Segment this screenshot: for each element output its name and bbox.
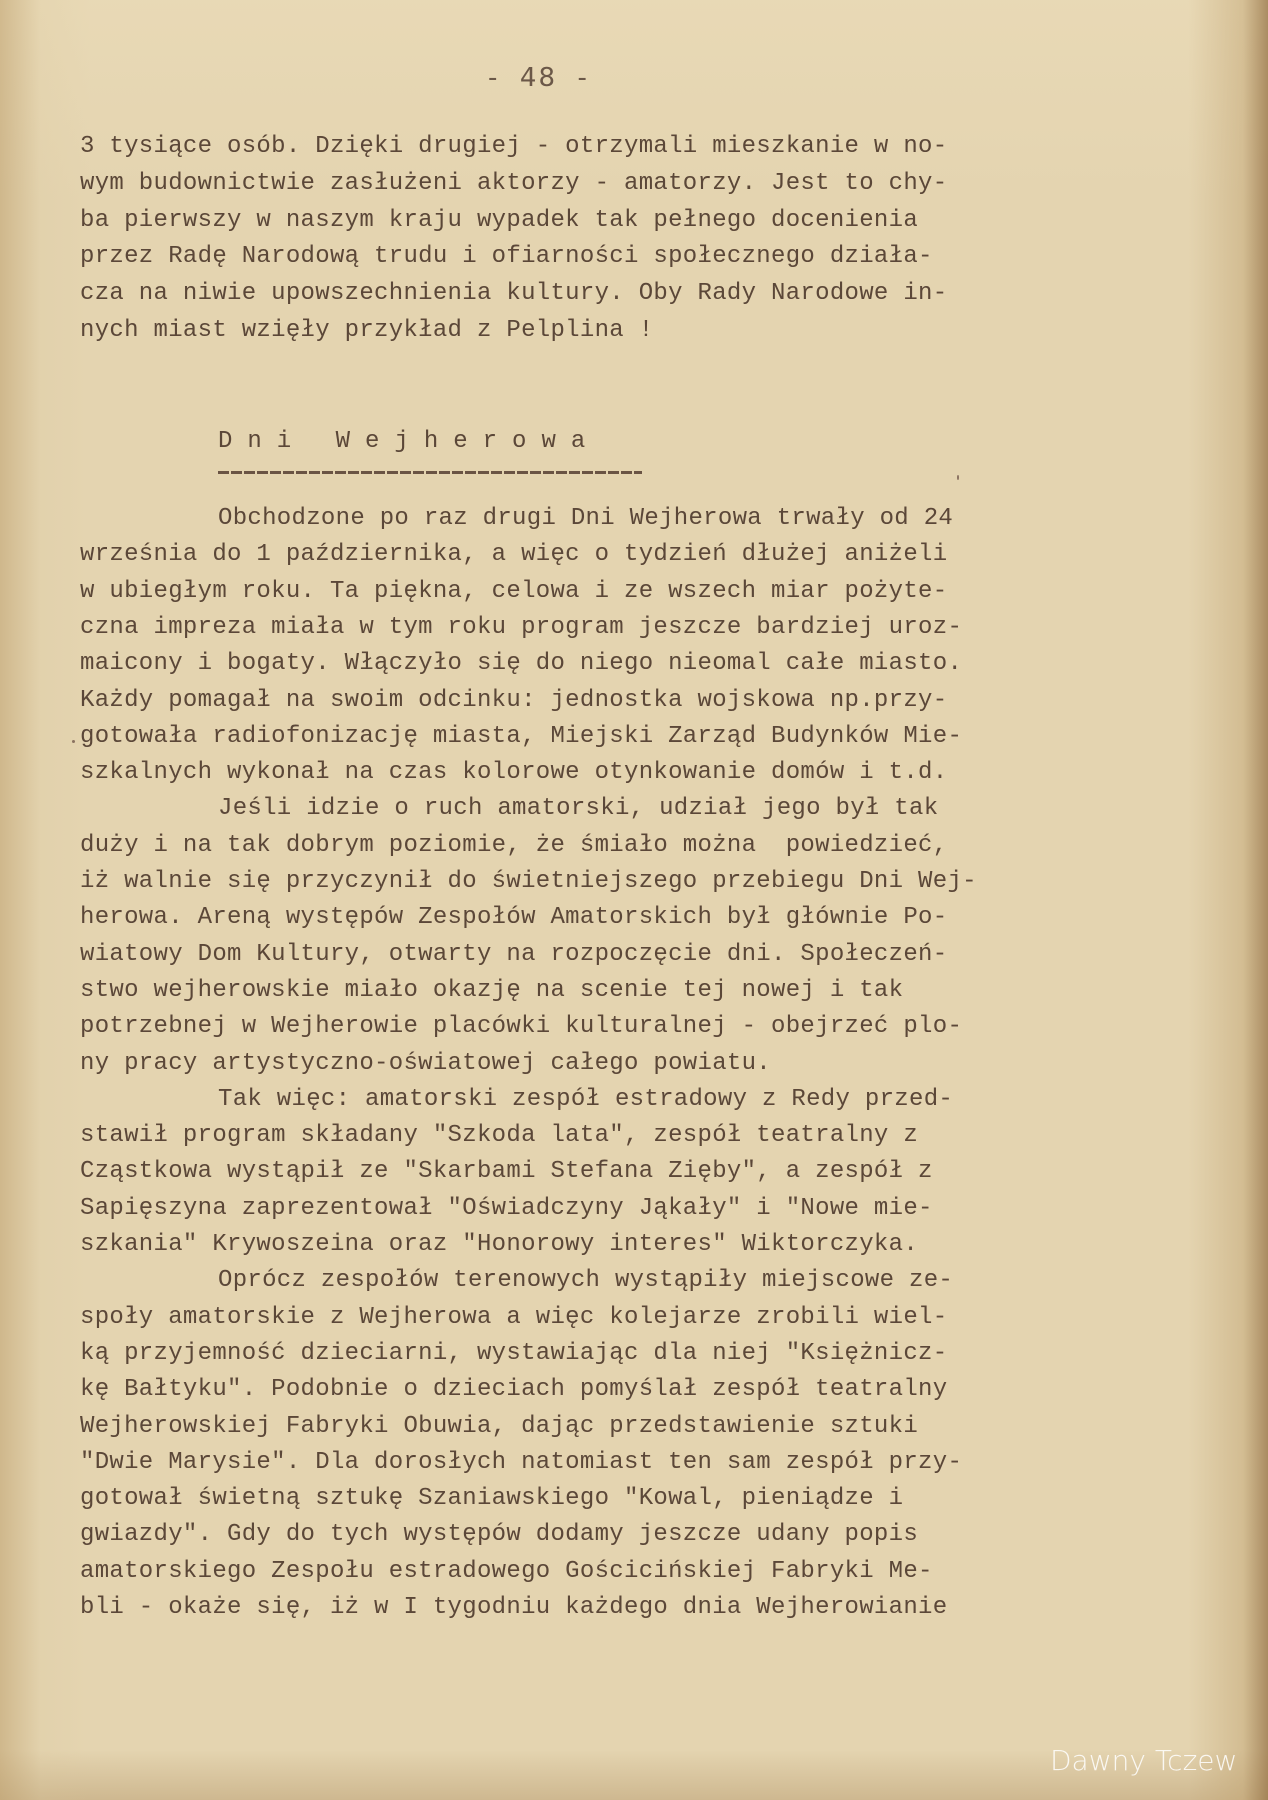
body-line: bli - okaże się, iż w I tygodniu każdego…	[80, 1589, 947, 1626]
body-line: stawił program składany "Szkoda lata", z…	[80, 1117, 918, 1154]
body-line: iż walnie się przyczynił do świetniejsze…	[80, 863, 977, 900]
body-line: potrzebnej w Wejherowie placówki kultura…	[80, 1008, 962, 1045]
ink-speck	[957, 475, 959, 480]
body-line: ką przyjemność dzieciarni, wystawiając d…	[80, 1335, 947, 1372]
body-line: czna impreza miała w tym roku program je…	[80, 609, 962, 646]
body-line: stwo wejherowskie miało okazję na scenie…	[80, 972, 903, 1009]
intro-line: cza na niwie upowszechnienia kultury. Ob…	[80, 275, 947, 312]
body-line: Wejherowskiej Fabryki Obuwia, dając prze…	[80, 1408, 918, 1445]
body-line: gwiazdy". Gdy do tych występów dodamy je…	[80, 1516, 918, 1553]
intro-line: 3 tysiące osób. Dzięki drugiej - otrzyma…	[80, 128, 947, 165]
intro-line: wym budownictwie zasłużeni aktorzy - ama…	[80, 165, 947, 202]
body-line: Tak więc: amatorski zespół estradowy z R…	[218, 1081, 953, 1118]
body-line: amatorskiego Zespołu estradowego Gościci…	[80, 1553, 933, 1590]
intro-line: nych miast wzięły przykład z Pelplina !	[80, 312, 653, 349]
body-line: Jeśli idzie o ruch amatorski, udział jeg…	[218, 790, 938, 827]
body-line: Obchodzone po raz drugi Dni Wejherowa tr…	[218, 500, 953, 537]
body-line: kę Bałtyku". Podobnie o dzieciach pomyśl…	[80, 1371, 947, 1408]
scanned-page: - 48 - 3 tysiące osób. Dzięki drugiej - …	[0, 0, 1268, 1800]
body-line: szkalnych wykonał na czas kolorowe otynk…	[80, 754, 947, 791]
body-line: gotował świetną sztukę Szaniawskiego "Ko…	[80, 1480, 903, 1517]
body-line: Sapięszyna zaprezentował "Oświadczyny Ją…	[80, 1190, 933, 1227]
body-line: gotowała radiofonizację miasta, Miejski …	[80, 718, 962, 755]
section-heading: D n i W e j h e r o w a	[218, 428, 586, 455]
intro-line: przez Radę Narodową trudu i ofiarności s…	[80, 238, 933, 275]
body-line: duży i na tak dobrym poziomie, że śmiało…	[80, 827, 947, 864]
body-line: Oprócz zespołów terenowych wystąpiły mie…	[218, 1262, 953, 1299]
body-line: Każdy pomagał na swoim odcinku: jednostk…	[80, 682, 947, 719]
body-line: września do 1 października, a więc o tyd…	[80, 536, 947, 573]
watermark: Dawny Tczew	[1050, 1744, 1237, 1777]
page-number: - 48 -	[488, 63, 589, 93]
heading-underline	[218, 471, 642, 474]
body-line: w ubiegłym roku. Ta piękna, celowa i ze …	[80, 573, 947, 610]
body-line: społy amatorskie z Wejherowa a więc kole…	[80, 1299, 947, 1336]
body-line: ny pracy artystyczno-oświatowej całego p…	[80, 1045, 771, 1082]
intro-line: ba pierwszy w naszym kraju wypadek tak p…	[80, 202, 918, 239]
body-line: maicony i bogaty. Włączyło się do niego …	[80, 645, 962, 682]
body-line: Cząstkowa wystąpił ze "Skarbami Stefana …	[80, 1153, 933, 1190]
body-line: szkania" Krywoszeina oraz "Honorowy inte…	[80, 1226, 918, 1263]
body-line: wiatowy Dom Kultury, otwarty na rozpoczę…	[80, 936, 947, 973]
ink-speck	[72, 740, 75, 743]
body-line: "Dwie Marysie". Dla dorosłych natomiast …	[80, 1444, 962, 1481]
body-line: herowa. Areną występów Zespołów Amatorsk…	[80, 899, 947, 936]
